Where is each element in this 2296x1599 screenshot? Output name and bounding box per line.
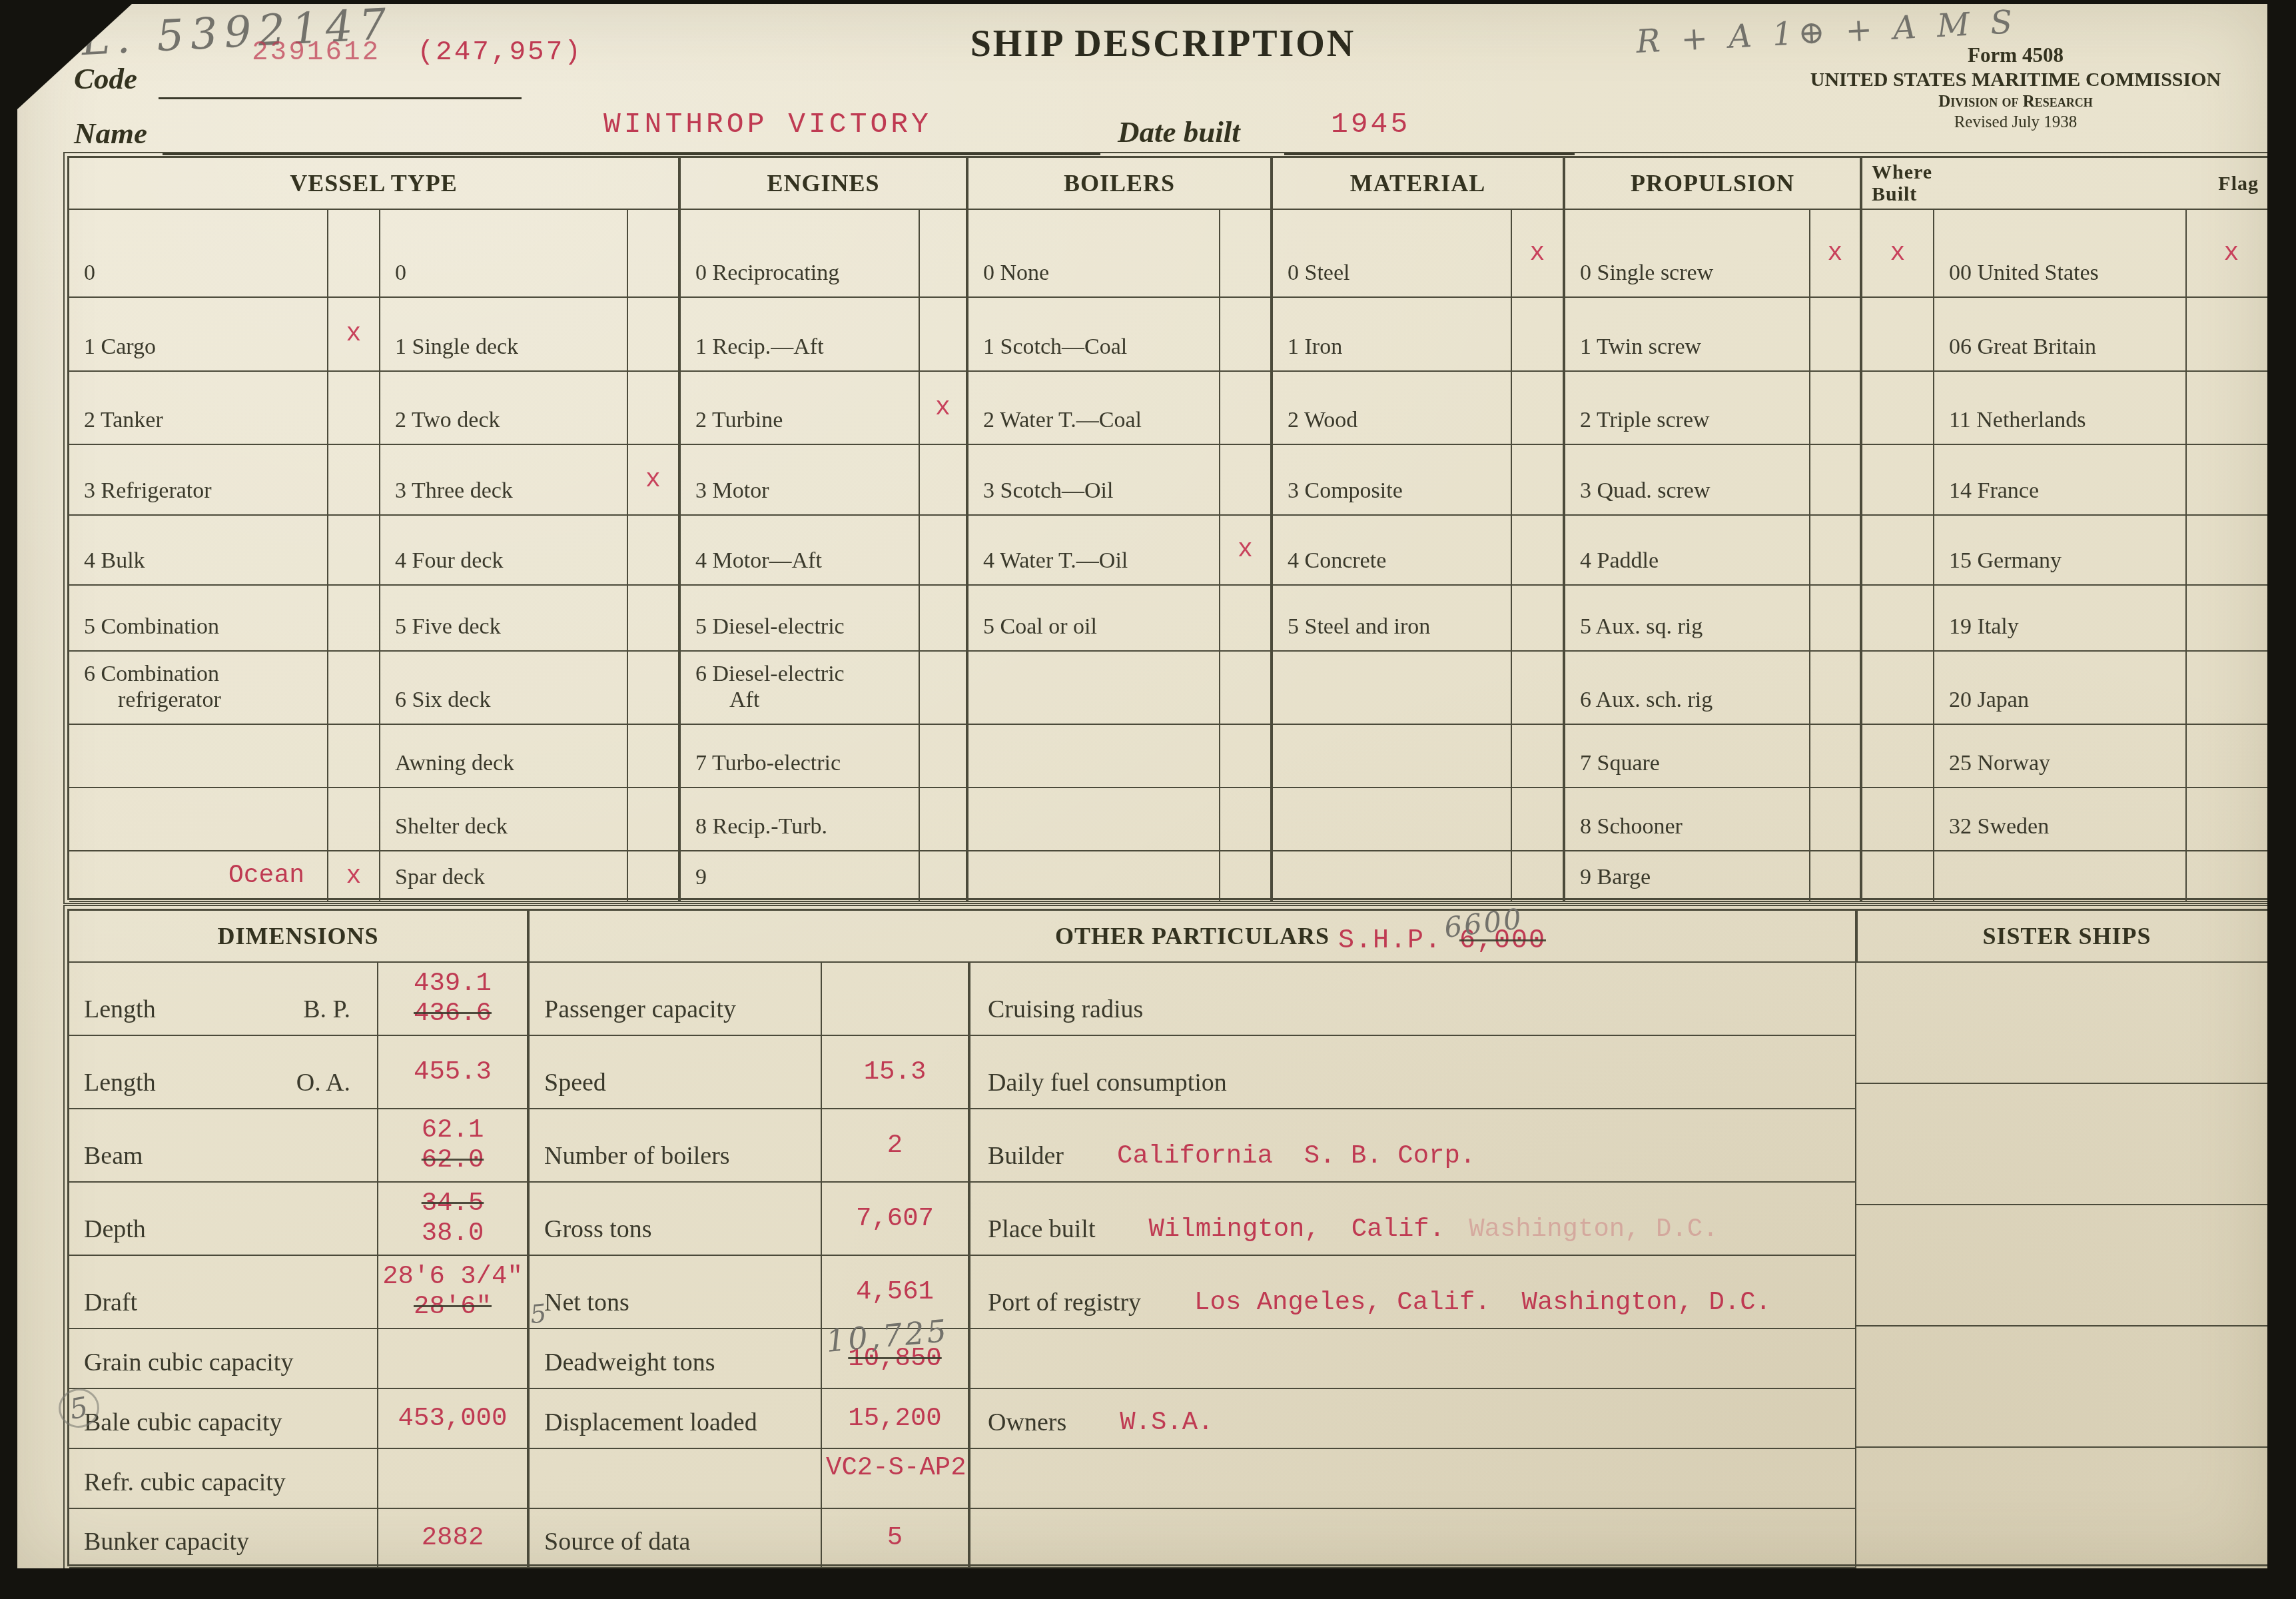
table-cell: 3 Scotch—Oil (967, 445, 1220, 516)
name-underline (163, 153, 1100, 155)
table-cell: 7 Square (1564, 725, 1810, 788)
check-cell (1220, 586, 1272, 652)
check-cell (920, 516, 967, 586)
check-cell (920, 725, 967, 788)
check-cell (1512, 586, 1564, 652)
particular-right: OwnersW.S.A. (969, 1389, 1856, 1449)
table-cell: 9 Barge (1564, 851, 1810, 902)
table-cell: 9 (679, 851, 920, 902)
check-cell (628, 586, 679, 652)
table-cell (967, 652, 1220, 725)
value: 2882 (422, 1523, 484, 1553)
dimension-value: 453,000 (378, 1389, 528, 1449)
typed-value: 4,561 (856, 1277, 934, 1307)
table-cell: 2 Water T.—Coal (967, 372, 1220, 445)
country-cell: 32 Sweden (1934, 788, 2187, 851)
check-cell (1220, 372, 1272, 445)
typed-value: Wilmington, Calif. (1148, 1215, 1445, 1244)
value-old: 34.5 (422, 1189, 484, 1219)
dimension-value: 439.1436.6 (378, 963, 528, 1036)
particular-right: Place builtWilmington, Calif.Washington,… (969, 1183, 1856, 1256)
table-cell: 4 Bulk (69, 516, 328, 586)
dimension-label: Beam (69, 1109, 378, 1183)
check-cell (2187, 445, 2277, 516)
table-cell: 3 Motor (679, 445, 920, 516)
dimension-value: 34.538.0 (378, 1183, 528, 1256)
table-cell: 2 Tanker (69, 372, 328, 445)
check-cell (920, 210, 967, 298)
check-cell (1810, 586, 1861, 652)
dimension-label: Bale cubic capacity (69, 1389, 378, 1449)
particular-label: Speed (528, 1036, 822, 1109)
table-cell (1272, 788, 1512, 851)
table-cell (1272, 851, 1512, 902)
table-cell: 5 Diesel-electric (679, 586, 920, 652)
particular-value (822, 963, 969, 1036)
check-cell (1512, 516, 1564, 586)
check-cell (628, 516, 679, 586)
value-old: 436.6 (414, 999, 492, 1029)
country-cell: 11 Netherlands (1934, 372, 2187, 445)
table-cell: Shelter deck (380, 788, 628, 851)
table-cell: 5 Coal or oil (967, 586, 1220, 652)
table-cell: 3 Composite (1272, 445, 1512, 516)
particular-right: Cruising radius (969, 963, 1856, 1036)
particular-right: Daily fuel consumption (969, 1036, 1856, 1109)
table-cell: 3 Three deck (380, 445, 628, 516)
country-cell: 06 Great Britain (1934, 298, 2187, 372)
sister-ships-column (1856, 963, 2277, 1568)
check-mark: x (328, 298, 380, 372)
table-cell: 3 Quad. screw (1564, 445, 1810, 516)
check-mark: x (1512, 210, 1564, 298)
dimension-label: LengthB. P. (69, 963, 378, 1036)
typed-value: 2 (887, 1131, 903, 1161)
typed-value: W.S.A. (1120, 1408, 1213, 1437)
country-cell: 19 Italy (1934, 586, 2187, 652)
country-cell: 15 Germany (1934, 516, 2187, 586)
table-cell (69, 788, 328, 851)
ocean-typed-entry: Ocean (69, 851, 328, 902)
particular-right (969, 1449, 1856, 1509)
check-cell (1220, 652, 1272, 725)
check-cell (2187, 788, 2277, 851)
check-cell (1861, 788, 1934, 851)
dimension-label: Refr. cubic capacity (69, 1449, 378, 1509)
check-cell (1512, 652, 1564, 725)
check-cell (1861, 445, 1934, 516)
table-cell (967, 788, 1220, 851)
dim-name: Refr. cubic capacity (84, 1468, 286, 1497)
agency-name: UNITED STATES MARITIME COMMISSION (1809, 68, 2222, 93)
table-cell: 0 (380, 210, 628, 298)
check-mark: x (1810, 210, 1861, 298)
table-cell: 8 Recip.-Turb. (679, 788, 920, 851)
value-old: 62.0 (422, 1145, 484, 1175)
code-paren (380, 37, 417, 68)
table-cell: 2 Triple screw (1564, 372, 1810, 445)
header-where-built-flag: Where BuiltFlag (1861, 158, 2277, 210)
check-cell (920, 851, 967, 902)
check-cell (1861, 298, 1934, 372)
dimension-label: Depth (69, 1183, 378, 1256)
right-label: Builder (988, 1141, 1064, 1171)
check-cell (628, 788, 679, 851)
check-cell (1861, 652, 1934, 725)
table-cell: 2 Wood (1272, 372, 1512, 445)
dimension-value: 62.162.0 (378, 1109, 528, 1183)
check-cell (328, 725, 380, 788)
dim-name: Length (84, 1068, 156, 1097)
header-dimensions: DIMENSIONS (69, 911, 528, 963)
check-cell (1512, 851, 1564, 902)
check-cell (628, 652, 679, 725)
particular-label: Displacement loaded (528, 1389, 822, 1449)
check-cell (920, 298, 967, 372)
dim-name: Bale cubic capacity (84, 1408, 282, 1437)
check-cell (328, 445, 380, 516)
check-cell (1810, 851, 1861, 902)
particular-value: 2 (822, 1109, 969, 1183)
right-label: Cruising radius (988, 995, 1143, 1024)
typed-value: 7,607 (856, 1204, 934, 1234)
value: 453,000 (398, 1404, 508, 1434)
check-cell (2187, 586, 2277, 652)
check-cell (328, 586, 380, 652)
check-cell (328, 372, 380, 445)
check-cell (920, 788, 967, 851)
date-built-value: 1945 (1331, 108, 1410, 141)
check-cell (328, 516, 380, 586)
type-designation-value: VC2-S-AP2 (822, 1449, 969, 1509)
check-cell (628, 372, 679, 445)
header-propulsion: PROPULSION (1564, 158, 1861, 210)
value-new: 439.1 (414, 969, 492, 999)
table-cell: 6 Six deck (380, 652, 628, 725)
code-underline (159, 97, 522, 99)
table-cell: 1 Iron (1272, 298, 1512, 372)
check-cell (2187, 298, 2277, 372)
typed-value: Los Angeles, Calif. Washington, D.C. (1194, 1288, 1771, 1317)
check-cell (1861, 372, 1934, 445)
sister-ship-row (1856, 963, 2276, 1084)
table-cell: 1 Cargo (69, 298, 328, 372)
table-cell (1272, 652, 1512, 725)
form-info-block: Form 4508 UNITED STATES MARITIME COMMISS… (1809, 43, 2222, 133)
dim-name: Beam (84, 1141, 143, 1171)
dim-sub: O. A. (296, 1068, 350, 1097)
margin-pencil-note: 5 (529, 1299, 548, 1329)
table-cell: 4 Motor—Aft (679, 516, 920, 586)
check-cell (1861, 516, 1934, 586)
table-cell: 4 Four deck (380, 516, 628, 586)
table-cell: 0 Reciprocating (679, 210, 920, 298)
print-office-footer: U. S. GOVERNMENT PRINTING OFFICE16—254 (996, 1572, 1469, 1593)
country-cell: 20 Japan (1934, 652, 2187, 725)
particular-label: Net tons (528, 1256, 822, 1329)
particular-label (528, 1449, 822, 1509)
name-label: Name (74, 116, 147, 151)
code-value: 2391612 (247,957) (252, 37, 583, 68)
dim-name: Length (84, 995, 156, 1024)
table-cell: 1 Recip.—Aft (679, 298, 920, 372)
table-cell: 1 Scotch—Coal (967, 298, 1220, 372)
where-built-label: Where Built (1872, 161, 1932, 205)
check-mark: x (1861, 210, 1934, 298)
check-mark: x (1220, 516, 1272, 586)
table-cell: 0 Single screw (1564, 210, 1810, 298)
header-boilers: BOILERS (967, 158, 1272, 210)
check-cell (1512, 788, 1564, 851)
particular-right: Port of registryLos Angeles, Calif. Wash… (969, 1256, 1856, 1329)
dimension-label: Grain cubic capacity (69, 1329, 378, 1389)
check-cell (2187, 372, 2277, 445)
page-title: SHIP DESCRIPTION (830, 23, 1496, 65)
header-other-particulars: OTHER PARTICULARSS.H.P. 6,0006600 (528, 911, 1856, 963)
check-cell (1512, 372, 1564, 445)
other-particulars-label: OTHER PARTICULARS (1055, 922, 1330, 950)
particular-value: 15,200 (822, 1389, 969, 1449)
code-label: Code (74, 61, 137, 96)
country-cell: 00 United States (1934, 210, 2187, 298)
dim-name: Bunker capacity (84, 1527, 249, 1556)
check-cell (1810, 372, 1861, 445)
country-cell (1934, 851, 2187, 902)
form-number: Form 4508 (1809, 43, 2222, 68)
header-vessel-type: VESSEL TYPE (69, 158, 679, 210)
particular-label: Gross tons (528, 1183, 822, 1256)
check-cell (2187, 516, 2277, 586)
table-cell: 5 Steel and iron (1272, 586, 1512, 652)
particular-label: Number of boilers (528, 1109, 822, 1183)
typed-value: 15,200 (848, 1404, 941, 1434)
table-cell: 3 Refrigerator (69, 445, 328, 516)
check-cell (1861, 725, 1934, 788)
dim-name: Grain cubic capacity (84, 1348, 293, 1377)
table-cell: 5 Combination (69, 586, 328, 652)
table-cell (1272, 725, 1512, 788)
check-cell (2187, 652, 2277, 725)
table-cell: 2 Two deck (380, 372, 628, 445)
table-cell (967, 725, 1220, 788)
dimension-label: Draft (69, 1256, 378, 1329)
ship-name-value: WINTHROP VICTORY (603, 108, 932, 141)
country-cell: 25 Norway (1934, 725, 2187, 788)
particular-value: 15.3 (822, 1036, 969, 1109)
paper-sheet: L. 5392147 2391612 (247,957) Code SHIP D… (17, 4, 2267, 1568)
typed-value: 15.3 (864, 1057, 927, 1087)
check-cell (1220, 445, 1272, 516)
table-cell: Awning deck (380, 725, 628, 788)
table-cell: 8 Schooner (1564, 788, 1810, 851)
check-cell (628, 298, 679, 372)
value-new: 28'6 3/4" (382, 1262, 523, 1292)
check-cell (628, 851, 679, 902)
check-mark: x (920, 372, 967, 445)
check-cell (328, 210, 380, 298)
table-cell: 7 Turbo-electric (679, 725, 920, 788)
right-label: Place built (988, 1215, 1095, 1244)
flag-label: Flag (2218, 173, 2259, 195)
particular-value: 10,85010,725 (822, 1329, 969, 1389)
table-cell: 0 Steel (1272, 210, 1512, 298)
dim-name: Depth (84, 1215, 146, 1244)
dimension-value (378, 1329, 528, 1389)
header-engines: ENGINES (679, 158, 967, 210)
right-label: Owners (988, 1408, 1066, 1437)
table-cell (69, 725, 328, 788)
scanned-document: L. 5392147 2391612 (247,957) Code SHIP D… (0, 0, 2296, 1599)
dimension-value (378, 1449, 528, 1509)
table-cell: 1 Single deck (380, 298, 628, 372)
table-cell: 4 Paddle (1564, 516, 1810, 586)
sister-ship-row (1856, 1327, 2276, 1448)
dimension-label: Bunker capacity (69, 1509, 378, 1568)
table-cell: 6 Aux. sch. rig (1564, 652, 1810, 725)
check-mark: x (628, 445, 679, 516)
particular-value: 5 (822, 1509, 969, 1568)
value-old: 28'6" (414, 1292, 492, 1322)
check-cell (1512, 445, 1564, 516)
check-cell (1220, 298, 1272, 372)
table-cell: Spar deck (380, 851, 628, 902)
shp-prefix: S.H.P. (1338, 926, 1459, 956)
date-built-underline (1284, 153, 1575, 155)
table-cell: 2 Turbine (679, 372, 920, 445)
particular-label: Deadweight tons (528, 1329, 822, 1389)
check-cell (628, 725, 679, 788)
print-code: 16—254 (1398, 1572, 1469, 1592)
typed-value: California S. B. Corp. (1117, 1141, 1475, 1171)
check-cell (1861, 586, 1934, 652)
date-built-label: Date built (1118, 115, 1240, 149)
particular-right: BuilderCalifornia S. B. Corp. (969, 1109, 1856, 1183)
dimension-value: 455.3 (378, 1036, 528, 1109)
check-cell (1810, 725, 1861, 788)
check-mark: x (2187, 210, 2277, 298)
check-cell (1810, 652, 1861, 725)
check-mark: x (328, 851, 380, 902)
header-sister-ships: SISTER SHIPS (1856, 911, 2277, 963)
check-cell (1220, 851, 1272, 902)
table-cell: 5 Five deck (380, 586, 628, 652)
check-cell (1220, 725, 1272, 788)
check-cell (920, 445, 967, 516)
table-cell: 1 Twin screw (1564, 298, 1810, 372)
value-new: 38.0 (422, 1219, 484, 1249)
dimension-value: 2882 (378, 1509, 528, 1568)
printing-office-label: U. S. GOVERNMENT PRINTING OFFICE (996, 1574, 1325, 1592)
particulars-table: DIMENSIONS OTHER PARTICULARSS.H.P. 6,000… (67, 909, 2275, 1566)
erased-stamp: Washington, D.C. (1469, 1215, 1718, 1244)
dimension-value: 28'6 3/4"28'6" (378, 1256, 528, 1329)
typed-value: 5 (887, 1523, 903, 1553)
check-cell (920, 586, 967, 652)
particular-value: 7,607 (822, 1183, 969, 1256)
particular-label: Source of data (528, 1509, 822, 1568)
division-name: Division of Research (1809, 92, 2222, 113)
table-cell: 5 Aux. sq. rig (1564, 586, 1810, 652)
country-cell: 14 France (1934, 445, 2187, 516)
classification-table: VESSEL TYPE ENGINES BOILERS MATERIAL PRO… (67, 156, 2275, 900)
check-cell (1861, 851, 1934, 902)
dim-name: Draft (84, 1288, 137, 1317)
sister-ship-row (1856, 1448, 2276, 1568)
check-cell (328, 788, 380, 851)
check-cell (1810, 445, 1861, 516)
table-cell: 6 Diesel-electric Aft (679, 652, 920, 725)
check-cell (1810, 516, 1861, 586)
check-cell (628, 210, 679, 298)
header-material: MATERIAL (1272, 158, 1564, 210)
table-cell: 4 Concrete (1272, 516, 1512, 586)
check-cell (1810, 788, 1861, 851)
table-cell: 6 Combination refrigerator (69, 652, 328, 725)
dim-sub: B. P. (303, 995, 350, 1024)
code-number: 2391612 (252, 37, 380, 68)
typed-value: VC2-S-AP2 (826, 1453, 966, 1483)
table-cell: 0 None (967, 210, 1220, 298)
check-cell (920, 652, 967, 725)
value: 455.3 (414, 1057, 492, 1087)
right-label: Port of registry (988, 1288, 1141, 1317)
check-cell (1220, 210, 1272, 298)
code-paren-value: (247,957) (417, 37, 582, 68)
dimension-label: LengthO. A. (69, 1036, 378, 1109)
check-cell (1512, 298, 1564, 372)
check-cell (328, 652, 380, 725)
check-cell (1810, 298, 1861, 372)
particular-label: Passenger capacity (528, 963, 822, 1036)
value-new: 62.1 (422, 1115, 484, 1145)
check-cell (1512, 725, 1564, 788)
check-cell (1220, 788, 1272, 851)
sister-ship-row (1856, 1084, 2276, 1205)
check-cell (2187, 725, 2277, 788)
right-label: Daily fuel consumption (988, 1068, 1227, 1097)
table-cell: 4 Water T.—Oil (967, 516, 1220, 586)
particular-right (969, 1509, 1856, 1568)
table-cell (967, 851, 1220, 902)
check-cell (2187, 851, 2277, 902)
sister-ship-row (1856, 1205, 2276, 1327)
particular-right (969, 1329, 1856, 1389)
revision-date: Revised July 1938 (1809, 113, 2222, 133)
table-cell: 0 (69, 210, 328, 298)
